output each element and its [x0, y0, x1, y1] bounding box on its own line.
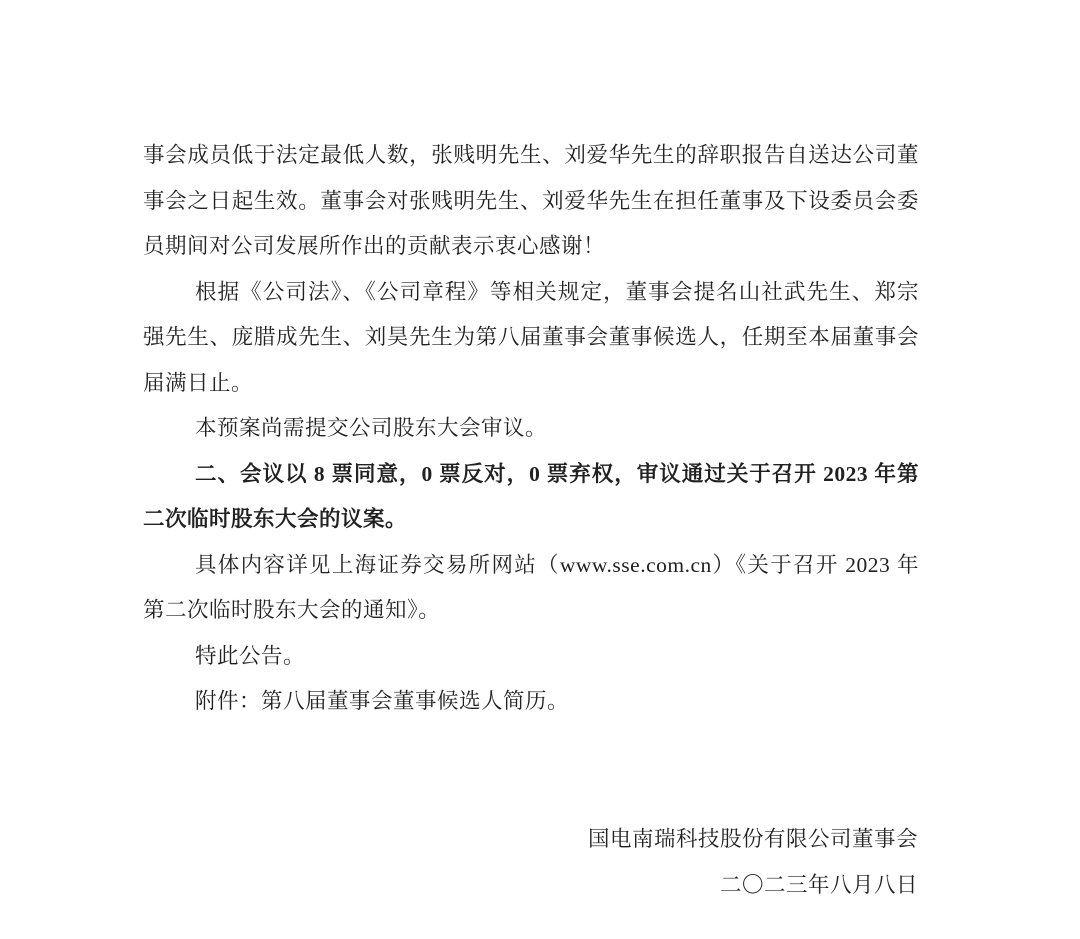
paragraph-submit-to-shareholders: 本预案尚需提交公司股东大会审议。 — [143, 406, 919, 452]
signature-company: 国电南瑞科技股份有限公司董事会 — [588, 817, 918, 863]
paragraph-resolution-vote: 二、会议以 8 票同意，0 票反对，0 票弃权，审议通过关于召开 2023 年第… — [143, 452, 919, 543]
signature-block: 国电南瑞科技股份有限公司董事会 二〇二三年八月八日 — [588, 817, 918, 908]
signature-date: 二〇二三年八月八日 — [588, 863, 918, 909]
paragraph-attachment: 附件：第八届董事会董事候选人简历。 — [143, 679, 919, 725]
paragraph-hereby-announced: 特此公告。 — [143, 634, 919, 680]
paragraph-nomination: 根据《公司法》、《公司章程》等相关规定，董事会提名山社武先生、郑宗强先生、庞腊成… — [143, 270, 919, 407]
paragraph-sse-website-reference: 具体内容详见上海证券交易所网站（www.sse.com.cn）《关于召开 202… — [143, 543, 919, 634]
document-body: 事会成员低于法定最低人数，张贱明先生、刘爱华先生的辞职报告自送达公司董事会之日起… — [143, 133, 919, 725]
paragraph-resignation-effect: 事会成员低于法定最低人数，张贱明先生、刘爱华先生的辞职报告自送达公司董事会之日起… — [143, 133, 919, 270]
announcement-page: 事会成员低于法定最低人数，张贱明先生、刘爱华先生的辞职报告自送达公司董事会之日起… — [0, 0, 1080, 939]
